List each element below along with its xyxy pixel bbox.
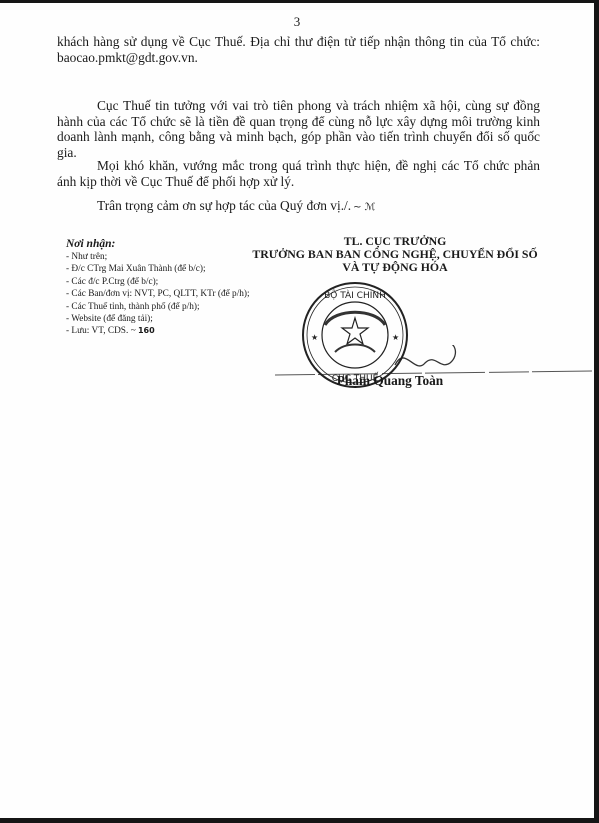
recipient-item: - Các đ/c P.Ctrg (để b/c); <box>66 276 266 288</box>
recipient-item: - Các Thuế tỉnh, thành phố (để p/h); <box>66 301 266 313</box>
signer-name: Phạm Quang Toàn <box>330 373 450 389</box>
handwritten-mark: ~ ℳ <box>353 202 375 213</box>
paragraph-contact: khách hàng sử dụng về Cục Thuế. Địa chỉ … <box>57 34 540 65</box>
recipient-item: - Lưu: VT, CDS. ~ 160 <box>66 325 266 337</box>
handwritten-code: 160 <box>138 326 155 335</box>
thanks-text: Trân trọng cảm ơn sự hợp tác của Quý đơn… <box>97 198 351 213</box>
paragraph-trust: Cục Thuế tin tưởng với vai trò tiên phon… <box>57 98 540 160</box>
svg-text:★: ★ <box>392 333 399 342</box>
sign-title-3: VÀ TỰ ĐỘNG HÓA <box>235 261 555 274</box>
recipient-item: - Website (để đăng tải); <box>66 313 266 325</box>
page-number: 3 <box>0 14 594 30</box>
paragraph-feedback: Mọi khó khăn, vướng mắc trong quá trình … <box>57 158 540 189</box>
document-page: 3 khách hàng sử dụng về Cục Thuế. Địa ch… <box>0 3 594 818</box>
svg-text:BỘ TÀI CHÍNH: BỘ TÀI CHÍNH <box>324 289 386 301</box>
signature-block: TL. CỤC TRƯỞNG TRƯỞNG BAN BAN CÔNG NGHỆ,… <box>235 235 555 274</box>
paragraph-thanks: Trân trọng cảm ơn sự hợp tác của Quý đơn… <box>57 198 540 216</box>
svg-text:★: ★ <box>311 333 318 342</box>
recipient-item: - Các Ban/đơn vị: NVT, PC, QLTT, KTr (để… <box>66 288 266 300</box>
